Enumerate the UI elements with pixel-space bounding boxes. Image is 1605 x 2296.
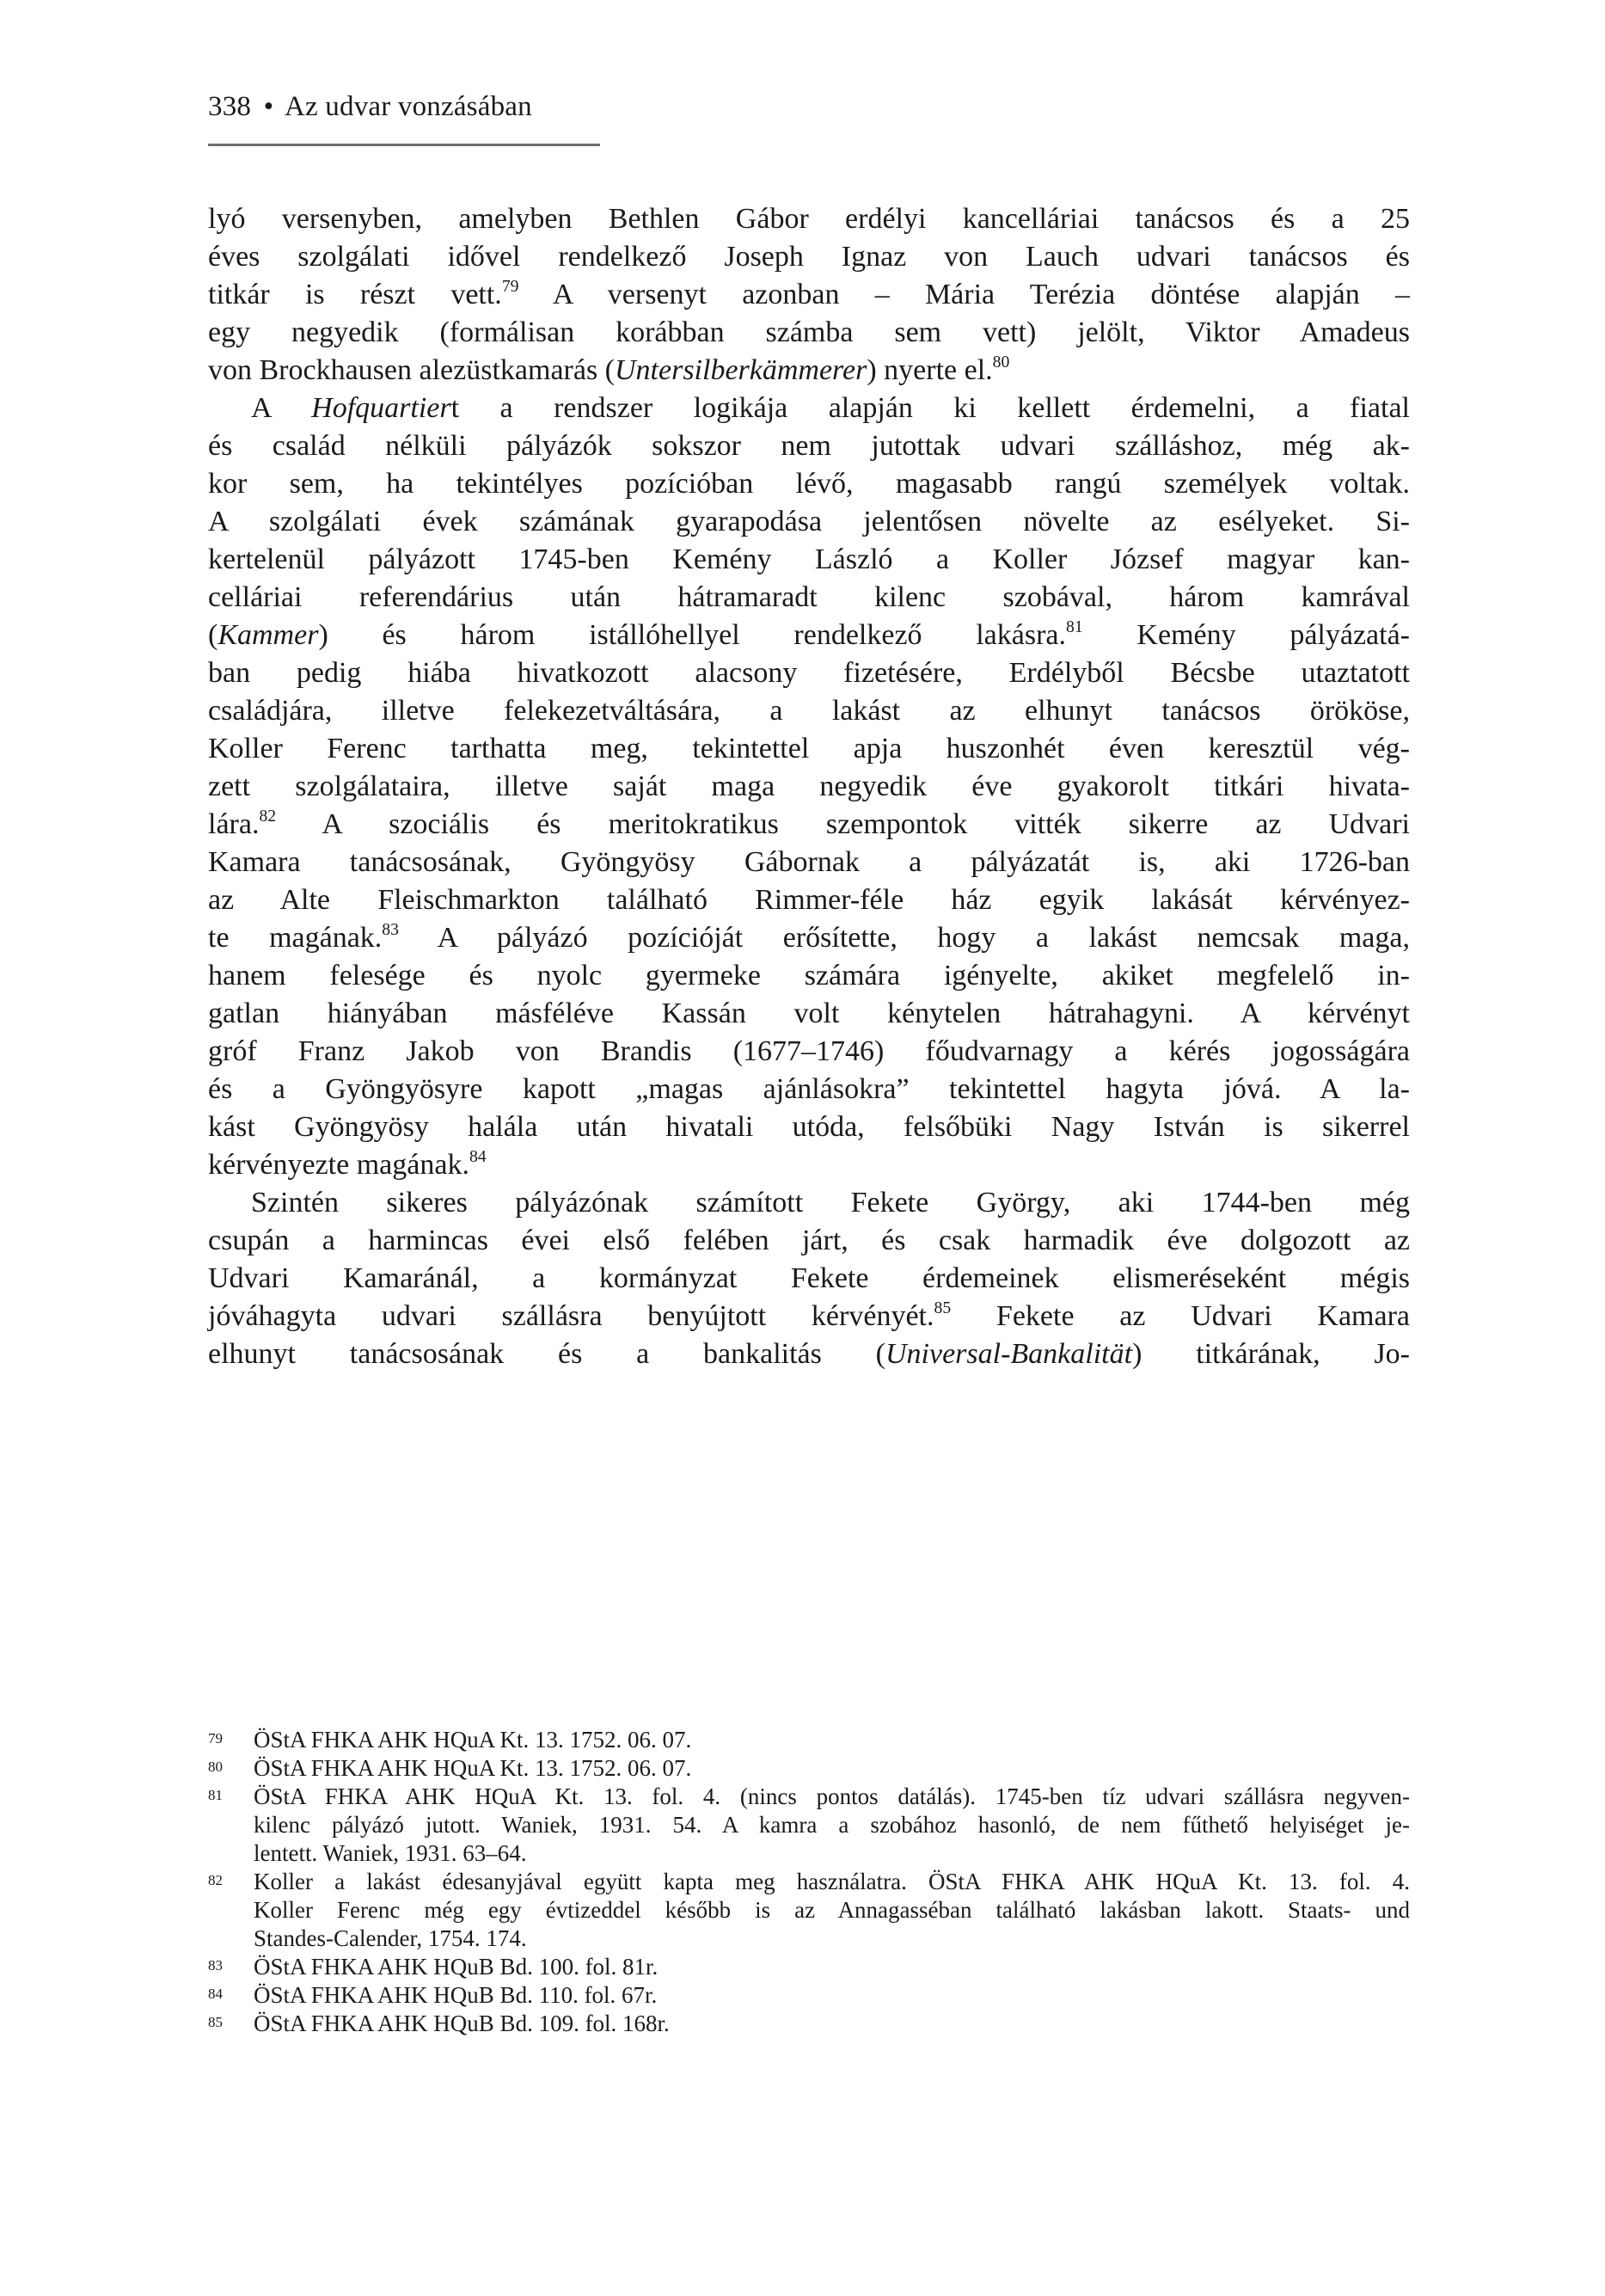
body-line: titkár is részt vett.79 A versenyt azonb… bbox=[208, 276, 1410, 314]
footnote: 80ÖStA FHKA AHK HQuA Kt. 13. 1752. 06. 0… bbox=[208, 1754, 1410, 1783]
text-run: Udvari Kamaránál, a kormányzat Fekete ér… bbox=[208, 1262, 1410, 1294]
footnote: 79ÖStA FHKA AHK HQuA Kt. 13. 1752. 06. 0… bbox=[208, 1726, 1410, 1754]
body-text: lyó versenyben, amelyben Bethlen Gábor e… bbox=[208, 200, 1410, 1373]
footnote-text: ÖStA FHKA AHK HQuB Bd. 109. fol. 168r. bbox=[254, 2010, 1410, 2038]
text-run: titkár is részt vett. bbox=[208, 279, 502, 310]
text-run: kérvényezte magának. bbox=[208, 1149, 469, 1181]
text-run: kor sem, ha tekintélyes pozícióban lévő,… bbox=[208, 468, 1410, 500]
text-run: éves szolgálati idővel rendelkező Joseph… bbox=[208, 241, 1410, 273]
body-line: és család nélküli pályázók sokszor nem j… bbox=[208, 427, 1410, 465]
body-line: Szintén sikeres pályázónak számított Fek… bbox=[208, 1184, 1410, 1222]
running-head: 338 • Az udvar vonzásában bbox=[208, 89, 532, 124]
text-run: lára. bbox=[208, 808, 259, 840]
body-line: kérvényezte magának.84 bbox=[208, 1146, 1410, 1184]
text-run: A szolgálati évek számának gyarapodása j… bbox=[208, 506, 1410, 537]
text-run: ban pedig hiába hivatkozott alacsony fiz… bbox=[208, 657, 1410, 689]
text-run: az Alte Fleischmarkton található Rimmer-… bbox=[208, 884, 1410, 916]
footnote-ref[interactable]: 81 bbox=[1066, 617, 1083, 636]
text-run: elhunyt tanácsosának és a bankalitás ( bbox=[208, 1338, 885, 1370]
footnote-ref[interactable]: 85 bbox=[934, 1298, 951, 1317]
body-line: ban pedig hiába hivatkozott alacsony fiz… bbox=[208, 654, 1410, 692]
body-line: A szolgálati évek számának gyarapodása j… bbox=[208, 503, 1410, 541]
footnote: 82Koller a lakást édesanyjával együtt ka… bbox=[208, 1868, 1410, 1953]
footnotes: 79ÖStA FHKA AHK HQuA Kt. 13. 1752. 06. 0… bbox=[208, 1726, 1410, 2038]
text-run: t a rendszer logikája alapján ki kellett… bbox=[451, 392, 1410, 424]
body-line: kor sem, ha tekintélyes pozícióban lévő,… bbox=[208, 465, 1410, 503]
text-run: Koller Ferenc tarthatta meg, tekintettel… bbox=[208, 733, 1410, 764]
text-run: celláriai referendárius után hátramaradt… bbox=[208, 581, 1410, 613]
footnote-ref[interactable]: 79 bbox=[502, 277, 519, 296]
body-line: gatlan hiányában másféléve Kassán volt k… bbox=[208, 995, 1410, 1033]
body-line: von Brockhausen alezüstkamarás (Untersil… bbox=[208, 352, 1410, 390]
chapter-title: Az udvar vonzásában bbox=[285, 91, 532, 122]
footnote-number: 80 bbox=[208, 1753, 223, 1781]
text-run: A pályázó pozícióját erősítette, hogy a … bbox=[399, 922, 1410, 954]
footnote: 84ÖStA FHKA AHK HQuB Bd. 110. fol. 67r. bbox=[208, 1981, 1410, 2010]
footnote-ref[interactable]: 83 bbox=[382, 920, 399, 939]
body-line: Kamara tanácsosának, Gyöngyösy Gábornak … bbox=[208, 844, 1410, 881]
body-line: lára.82 A szociális és meritokratikus sz… bbox=[208, 806, 1410, 844]
text-run: csupán a harmincas évei első felében jár… bbox=[208, 1225, 1410, 1256]
footnote: 83ÖStA FHKA AHK HQuB Bd. 100. fol. 81r. bbox=[208, 1953, 1410, 1981]
text-run: hanem felesége és nyolc gyermeke számára… bbox=[208, 960, 1410, 991]
footnote-ref[interactable]: 80 bbox=[993, 353, 1010, 371]
text-run: ( bbox=[208, 619, 217, 651]
body-line: celláriai referendárius után hátramaradt… bbox=[208, 579, 1410, 617]
body-line: (Kammer) és három istállóhellyel rendelk… bbox=[208, 617, 1410, 654]
footnote-text: ÖStA FHKA AHK HQuA Kt. 13. fol. 4. (ninc… bbox=[254, 1783, 1410, 1811]
footnote-number: 81 bbox=[208, 1781, 223, 1809]
text-run: zett szolgálataira, illetve saját maga n… bbox=[208, 770, 1410, 802]
footnote-number: 85 bbox=[208, 2008, 223, 2036]
footnote-text: ÖStA FHKA AHK HQuA Kt. 13. 1752. 06. 07. bbox=[254, 1754, 1410, 1783]
text-run: kást Gyöngyösy halála után hivatali utód… bbox=[208, 1111, 1410, 1143]
body-line: és a Gyöngyösyre kapott „magas ajánlások… bbox=[208, 1071, 1410, 1108]
header-rule bbox=[208, 144, 600, 146]
body-line: hanem felesége és nyolc gyermeke számára… bbox=[208, 957, 1410, 995]
body-line: lyó versenyben, amelyben Bethlen Gábor e… bbox=[208, 200, 1410, 238]
footnote-number: 84 bbox=[208, 1980, 223, 2008]
text-run: lyó versenyben, amelyben Bethlen Gábor e… bbox=[208, 203, 1410, 235]
footnote-text: ÖStA FHKA AHK HQuA Kt. 13. 1752. 06. 07. bbox=[254, 1726, 1410, 1754]
body-line: csupán a harmincas évei első felében jár… bbox=[208, 1222, 1410, 1260]
body-line: jóváhagyta udvari szállásra benyújtott k… bbox=[208, 1298, 1410, 1335]
body-line: kertelenül pályázott 1745-ben Kemény Lás… bbox=[208, 541, 1410, 579]
footnote-text: Standes-Calender, 1754. 174. bbox=[254, 1925, 1410, 1953]
body-line: A Hofquartiert a rendszer logikája alapj… bbox=[208, 390, 1410, 427]
footnote: 85ÖStA FHKA AHK HQuB Bd. 109. fol. 168r. bbox=[208, 2010, 1410, 2038]
text-run: gatlan hiányában másféléve Kassán volt k… bbox=[208, 998, 1410, 1029]
text-run: családjára, illetve felekezetváltására, … bbox=[208, 695, 1410, 727]
footnote-text: ÖStA FHKA AHK HQuB Bd. 100. fol. 81r. bbox=[254, 1953, 1410, 1981]
text-run: ) titkárának, Jo- bbox=[1132, 1338, 1410, 1370]
footnote-ref[interactable]: 84 bbox=[469, 1147, 487, 1166]
italic-term: Untersilberkämmerer bbox=[615, 354, 867, 386]
body-line: kást Gyöngyösy halála után hivatali utód… bbox=[208, 1108, 1410, 1146]
footnote-text: Koller Ferenc még egy évtizeddel később … bbox=[254, 1896, 1410, 1925]
footnote-number: 83 bbox=[208, 1951, 223, 1980]
text-run: A bbox=[251, 392, 311, 424]
footnote: 81ÖStA FHKA AHK HQuA Kt. 13. fol. 4. (ni… bbox=[208, 1783, 1410, 1868]
body-line: az Alte Fleischmarkton található Rimmer-… bbox=[208, 881, 1410, 919]
text-run: Fekete az Udvari Kamara bbox=[951, 1300, 1410, 1332]
text-run: ) és három istállóhellyel rendelkező lak… bbox=[318, 619, 1066, 651]
text-run: A versenyt azonban – Mária Terézia dönté… bbox=[519, 279, 1410, 310]
italic-term: Kammer bbox=[217, 619, 318, 651]
page-number: 338 bbox=[208, 91, 251, 122]
text-run: és család nélküli pályázók sokszor nem j… bbox=[208, 430, 1410, 462]
body-line: elhunyt tanácsosának és a bankalitás (Un… bbox=[208, 1335, 1410, 1373]
footnote-number: 79 bbox=[208, 1724, 223, 1753]
footnote-text: ÖStA FHKA AHK HQuB Bd. 110. fol. 67r. bbox=[254, 1981, 1410, 2010]
text-run: Kemény pályázatá- bbox=[1083, 619, 1410, 651]
body-line: Udvari Kamaránál, a kormányzat Fekete ér… bbox=[208, 1260, 1410, 1298]
text-run: Kamara tanácsosának, Gyöngyösy Gábornak … bbox=[208, 846, 1410, 878]
footnote-text: lentett. Waniek, 1931. 63–64. bbox=[254, 1839, 1410, 1868]
text-run: Szintén sikeres pályázónak számított Fek… bbox=[251, 1187, 1410, 1219]
body-line: éves szolgálati idővel rendelkező Joseph… bbox=[208, 238, 1410, 276]
text-run: te magának. bbox=[208, 922, 382, 954]
text-run: ) nyerte el. bbox=[867, 354, 992, 386]
body-line: Koller Ferenc tarthatta meg, tekintettel… bbox=[208, 730, 1410, 768]
footnote-number: 82 bbox=[208, 1866, 223, 1894]
text-run: gróf Franz Jakob von Brandis (1677–1746)… bbox=[208, 1035, 1410, 1067]
text-run: egy negyedik (formálisan korábban számba… bbox=[208, 316, 1410, 348]
footnote-text: Koller a lakást édesanyjával együtt kapt… bbox=[254, 1868, 1410, 1896]
italic-term: Universal-Bankalität bbox=[885, 1338, 1132, 1370]
footnote-ref[interactable]: 82 bbox=[259, 807, 276, 826]
bullet-separator: • bbox=[264, 91, 274, 122]
body-line: családjára, illetve felekezetváltására, … bbox=[208, 692, 1410, 730]
text-run: A szociális és meritokratikus szempontok… bbox=[276, 808, 1410, 840]
text-run: kertelenül pályázott 1745-ben Kemény Lás… bbox=[208, 543, 1410, 575]
body-line: gróf Franz Jakob von Brandis (1677–1746)… bbox=[208, 1033, 1410, 1071]
body-line: egy negyedik (formálisan korábban számba… bbox=[208, 314, 1410, 352]
text-run: von Brockhausen alezüstkamarás ( bbox=[208, 354, 615, 386]
italic-term: Hofquartier bbox=[311, 392, 450, 424]
body-line: zett szolgálataira, illetve saját maga n… bbox=[208, 768, 1410, 806]
body-line: te magának.83 A pályázó pozícióját erősí… bbox=[208, 919, 1410, 957]
text-run: és a Gyöngyösyre kapott „magas ajánlások… bbox=[208, 1073, 1410, 1105]
text-run: jóváhagyta udvari szállásra benyújtott k… bbox=[208, 1300, 934, 1332]
footnote-text: kilenc pályázó jutott. Waniek, 1931. 54.… bbox=[254, 1811, 1410, 1839]
